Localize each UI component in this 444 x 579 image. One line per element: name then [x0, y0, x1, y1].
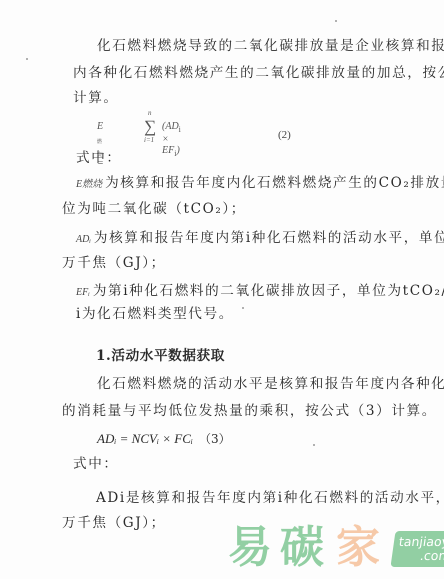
paragraph1-line1: 化石燃料燃烧导致的二氧化碳排放量是企业核算和报告年度 [97, 38, 444, 54]
paragraph2-line2: 的消耗量与平均低位发热量的乘积，按公式（3）计算。 [62, 403, 437, 419]
def-i-line: i为化石燃料类型代号。 [76, 306, 234, 322]
watermark-char-yi: 易 [228, 525, 272, 571]
sum-lower-limit: i=1 [144, 136, 154, 144]
formula2-number: (2) [278, 129, 291, 141]
summation-symbol: ∑ [144, 117, 156, 137]
scan-speck [242, 307, 244, 309]
paragraph1-line3: 计算。 [73, 90, 119, 106]
paragraph1-line2: 内各种化石燃料燃烧产生的二氧化碳排放量的加总，按公式（2） [73, 65, 444, 81]
watermark-badge: tanjiaoyi .com [390, 531, 444, 567]
scan-speck [26, 58, 28, 60]
where-label-1: 式中： [76, 150, 122, 166]
watermark-char-tan: 碳 [280, 525, 324, 571]
scan-speck [313, 444, 315, 446]
section-heading: 1.活动水平数据获取 [96, 348, 225, 364]
ad-symbol: ADᵢ [76, 234, 91, 245]
e-symbol: E燃烧 [76, 179, 102, 190]
def-ef-line1: EFᵢ为第i种化石燃料的二氧化碳排放因子，单位为tCO₂/GJ； [76, 283, 444, 301]
watermark-domain: tanjiaoyi [398, 535, 444, 549]
paragraph2-line1: 化石燃料燃烧的活动水平是核算和报告年度内各种化石燃料 [97, 376, 444, 392]
scan-speck [335, 20, 337, 22]
def-e-line2: 位为吨二氧化碳（tCO₂）； [62, 201, 246, 217]
adi-def-line1: ADi是核算和报告年度内第i种化石燃料的活动水平，单位为百 [96, 490, 444, 506]
watermark-char-jia: 家 [336, 525, 380, 571]
adi-def-line2: 万千焦（GJ）； [62, 515, 166, 531]
def-ad-line2: 万千焦（GJ）； [62, 255, 166, 271]
formula3-number: （3） [199, 432, 231, 446]
formula-3: ADᵢ = NCVᵢ × FCᵢ（3） [97, 430, 231, 447]
sum-upper-limit: n [148, 109, 152, 117]
where-label-2: 式中： [73, 456, 119, 472]
formula2-rhs: (ADi × EFi) [162, 121, 181, 158]
watermark-tld: .com [419, 549, 444, 563]
def-e-line1: E燃烧为核算和报告年度内化石燃料燃烧产生的CO₂排放量，单 [76, 175, 444, 193]
ef-symbol: EFᵢ [76, 287, 90, 298]
def-ad-line1: ADᵢ为核算和报告年度内第i种化石燃料的活动水平，单位为百 [76, 230, 444, 248]
